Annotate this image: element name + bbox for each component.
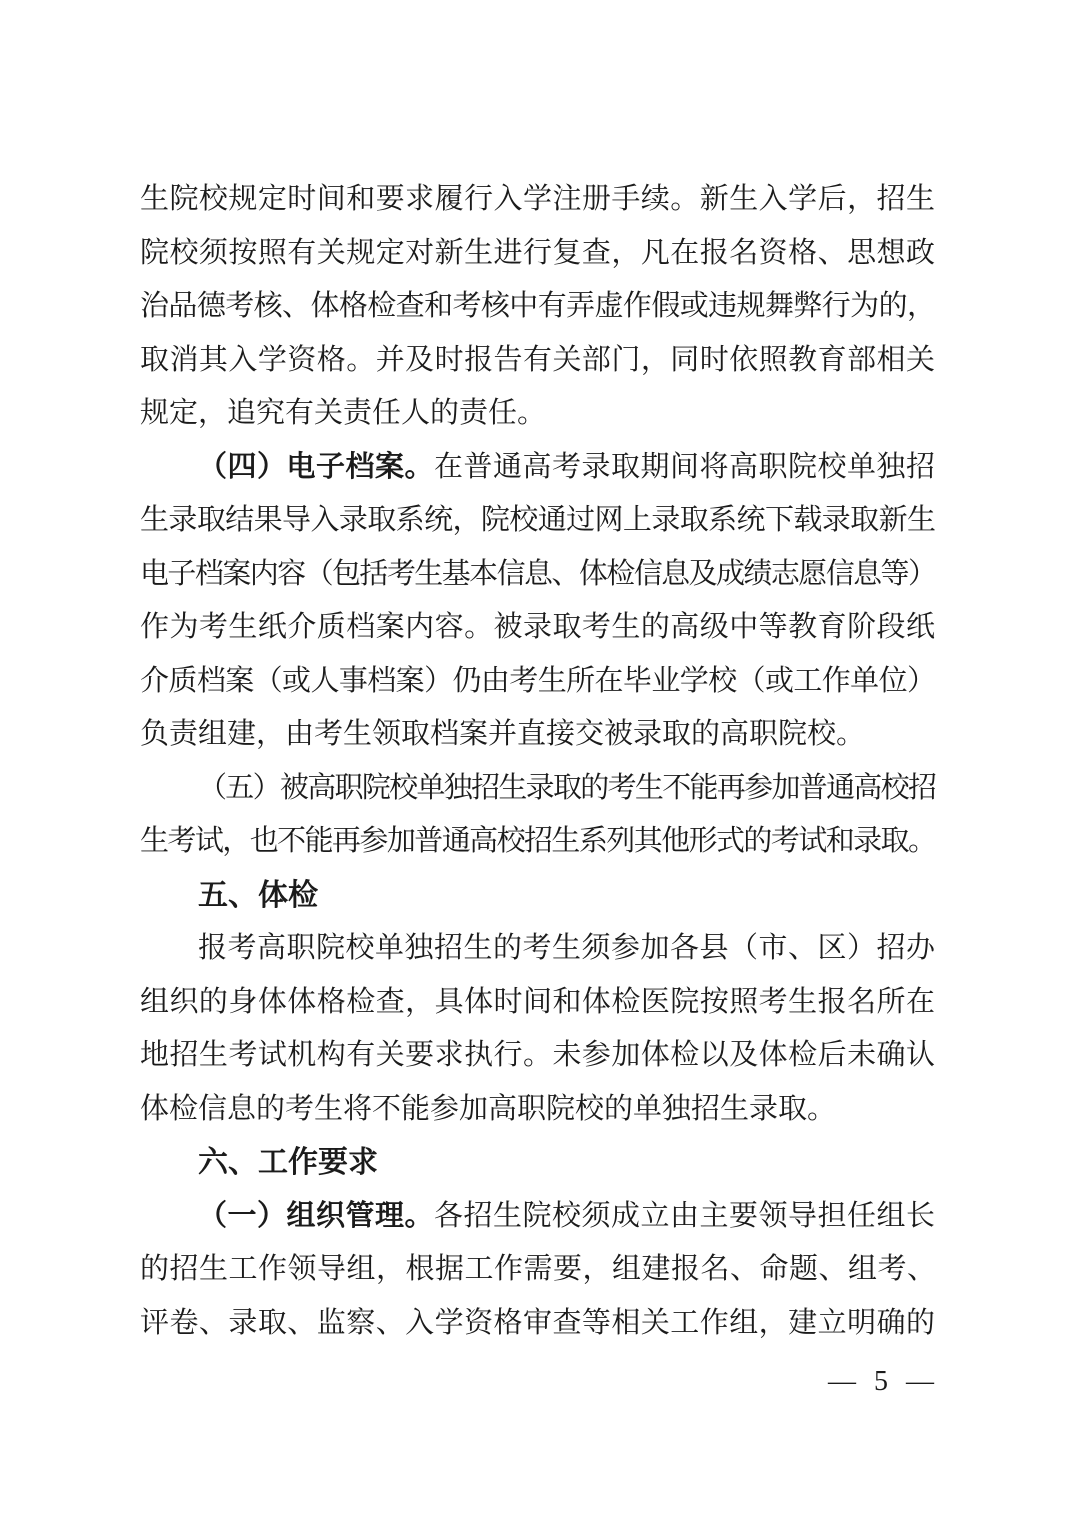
item-label-bold: （一）组织管理。 [198, 1200, 434, 1232]
section-heading-6-work-requirements: 六、工作要求 [140, 1136, 935, 1190]
text-line-item-5: （五）被高职院校单独招生录取的考生不能再参加普通高校招 [140, 762, 935, 816]
section-heading-5-physical-exam: 五、体检 [140, 869, 935, 923]
text-line: 评卷、录取、监察、入学资格审查等相关工作组，建立明确的 [140, 1297, 935, 1351]
document-body: 生院校规定时间和要求履行入学注册手续。新生入学后，招生 院校须按照有关规定对新生… [140, 173, 935, 1350]
item-text: 各招生院校须成立由主要领导担任组长 [434, 1200, 935, 1232]
text-line: 介质档案（或人事档案）仍由考生所在毕业学校（或工作单位） [140, 655, 935, 709]
text-line: 组织的身体体格检查，具体时间和体检医院按照考生报名所在 [140, 976, 935, 1030]
text-line: 作为考生纸介质档案内容。被录取考生的高级中等教育阶段纸 [140, 601, 935, 655]
text-line-item-1: （一）组织管理。各招生院校须成立由主要领导担任组长 [140, 1190, 935, 1244]
item-text: 在普通高考录取期间将高职院校单独招 [434, 451, 935, 483]
text-line: 地招生考试机构有关要求执行。未参加体检以及体检后未确认 [140, 1029, 935, 1083]
text-line: 生院校规定时间和要求履行入学注册手续。新生入学后，招生 [140, 173, 935, 227]
item-label-bold: （四）电子档案。 [198, 451, 434, 483]
page-number: — 5 — [828, 1362, 935, 1402]
text-line: 生录取结果导入录取系统，院校通过网上录取系统下载录取新生 [140, 494, 935, 548]
text-line: 生考试，也不能再参加普通高校招生系列其他形式的考试和录取。 [140, 815, 935, 869]
text-line: 取消其入学资格。并及时报告有关部门，同时依照教育部相关 [140, 334, 935, 388]
paragraph-end-line: 规定，追究有关责任人的责任。 [140, 387, 935, 441]
paragraph-end-line: 体检信息的考生将不能参加高职院校的单独招生录取。 [140, 1083, 935, 1137]
text-line: 治品德考核、体格检查和考核中有弄虚作假或违规舞弊行为的， [140, 280, 935, 334]
text-line: 报考高职院校单独招生的考生须参加各县（市、区）招办 [140, 922, 935, 976]
document-page: 生院校规定时间和要求履行入学注册手续。新生入学后，招生 院校须按照有关规定对新生… [0, 0, 1074, 1520]
text-line: 电子档案内容（包括考生基本信息、体检信息及成绩志愿信息等） [140, 548, 935, 602]
text-line: 的招生工作领导组，根据工作需要，组建报名、命题、组考、 [140, 1243, 935, 1297]
text-line: 院校须按照有关规定对新生进行复查，凡在报名资格、思想政 [140, 227, 935, 281]
paragraph-end-line: 负责组建，由考生领取档案并直接交被录取的高职院校。 [140, 708, 935, 762]
text-line-item-4: （四）电子档案。在普通高考录取期间将高职院校单独招 [140, 441, 935, 495]
